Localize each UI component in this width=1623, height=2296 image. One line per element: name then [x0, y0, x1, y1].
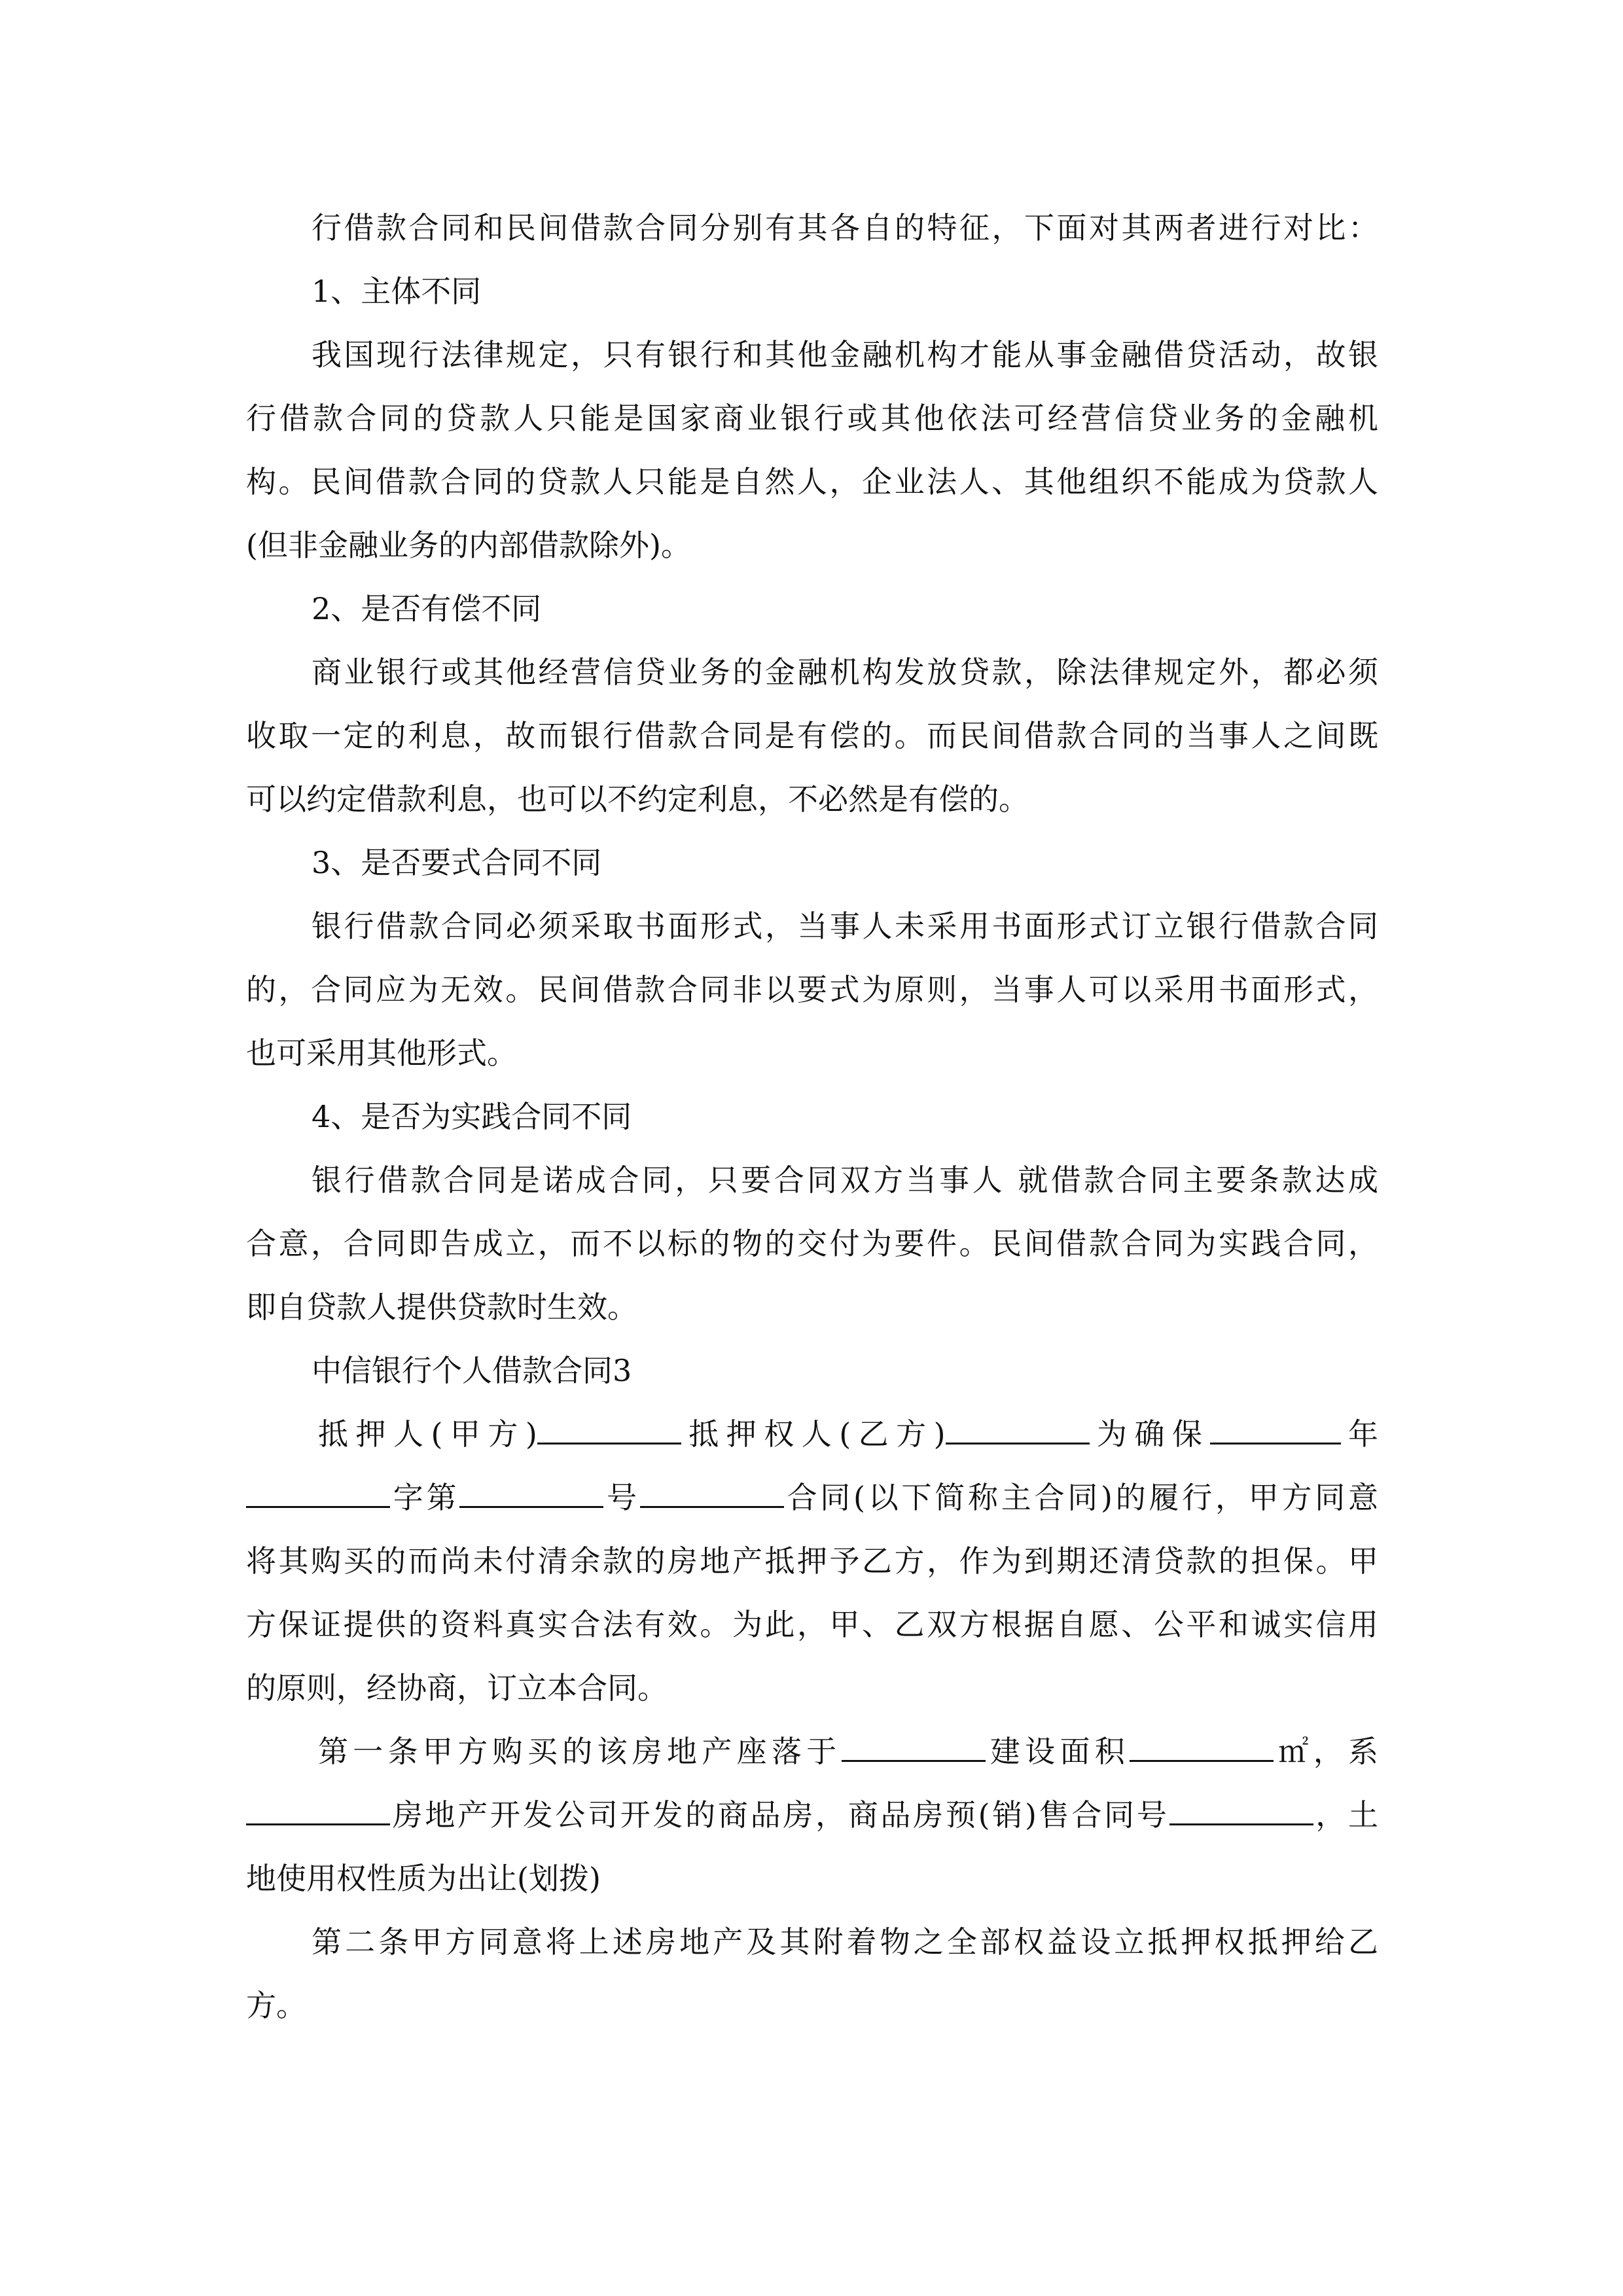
paragraph-line: 我国现行法律规定，只有银行和其他金融机构才能从事金融借贷活动，故银	[246, 323, 1378, 387]
year-blank[interactable]	[1210, 1416, 1341, 1444]
number-blank[interactable]	[459, 1480, 603, 1508]
document-page: 行借款合同和民间借款合同分别有其各自的特征，下面对其两者进行对比： 1、主体不同…	[246, 196, 1378, 2037]
mortgagee-label: 抵押权人(乙方)	[681, 1416, 946, 1452]
paragraph-line: 的原则，经协商，订立本合同。	[246, 1657, 1378, 1720]
paragraph-line: 银行借款合同是诺成合同，只要合同双方当事人 就借款合同主要条款达成	[246, 1149, 1378, 1212]
main-contract-label: 合同(以下简称主合同)的履行，甲方同意	[784, 1480, 1378, 1515]
hao-label: 号	[603, 1480, 640, 1515]
paragraph-line: 的，合同应为无效。民间借款合同非以要式为原则，当事人可以采用书面形式，	[246, 958, 1378, 1022]
paragraph-line: 将其购买的而尚未付清余款的房地产抵押予乙方，作为到期还清贷款的担保。甲	[246, 1530, 1378, 1593]
paragraph-line: 地使用权性质为出让(划拨)	[246, 1847, 1378, 1910]
paragraph-line: 银行借款合同必须采取书面形式，当事人未采用书面形式订立银行借款合同	[246, 895, 1378, 958]
paragraph-line: 行借款合同和民间借款合同分别有其各自的特征，下面对其两者进行对比：	[246, 196, 1378, 260]
mortgagor-blank[interactable]	[537, 1416, 681, 1444]
unit-label: ㎡，系	[1274, 1734, 1378, 1769]
area-blank[interactable]	[1130, 1734, 1274, 1762]
paragraph-line: 收取一定的利息，故而银行借款合同是有偿的。而民间借款合同的当事人之间既	[246, 704, 1378, 768]
article-1-line: 第一条甲方购买的该房地产座落于建设面积㎡，系	[246, 1720, 1378, 1784]
paragraph-line: 可以约定借款利息，也可以不约定利息，不必然是有偿的。	[246, 768, 1378, 831]
sale-contract-number-blank[interactable]	[1169, 1797, 1313, 1825]
contract-title: 中信银行个人借款合同3	[246, 1339, 1378, 1403]
section-heading: 2、是否有偿不同	[246, 577, 1378, 641]
paragraph-line: 商业银行或其他经营信贷业务的金融机构发放贷款，除法律规定外，都必须	[246, 641, 1378, 704]
section-heading: 3、是否要式合同不同	[246, 831, 1378, 895]
prefix-blank[interactable]	[246, 1480, 390, 1508]
mortgagor-label: 抵押人(甲方)	[318, 1416, 537, 1452]
paragraph-line: 也可采用其他形式。	[246, 1022, 1378, 1085]
paragraph-line: 方。	[246, 1974, 1378, 2037]
paragraph-line: 方保证提供的资料真实合法有效。为此，甲、乙双方根据自愿、公平和诚实信用	[246, 1593, 1378, 1657]
contract-name-blank[interactable]	[640, 1480, 784, 1508]
article-2-line: 第二条甲方同意将上述房地产及其附着物之全部权益设立抵押权抵押给乙	[246, 1910, 1378, 1974]
area-label: 建设面积	[986, 1734, 1130, 1769]
developer-blank[interactable]	[246, 1797, 390, 1825]
to-ensure-label: 为确保	[1090, 1416, 1210, 1452]
mortgage-parties-line: 抵押人(甲方)抵押权人(乙方)为确保年	[246, 1403, 1378, 1466]
paragraph-line: (但非金融业务的内部借款除外)。	[246, 514, 1378, 577]
zi-di-label: 字第	[390, 1480, 459, 1515]
article-1-line: 房地产开发公司开发的商品房，商品房预(销)售合同号，土	[246, 1784, 1378, 1847]
developer-label: 房地产开发公司开发的商品房，商品房预(销)售合同号	[390, 1797, 1169, 1833]
article-1-label: 第一条甲方购买的该房地产座落于	[318, 1734, 842, 1769]
paragraph-line: 合意，合同即告成立，而不以标的物的交付为要件。民间借款合同为实践合同，	[246, 1212, 1378, 1276]
main-contract-line: 字第号合同(以下简称主合同)的履行，甲方同意	[246, 1466, 1378, 1530]
paragraph-line: 即自贷款人提供贷款时生效。	[246, 1276, 1378, 1339]
land-label: ，土	[1313, 1797, 1378, 1833]
paragraph-line: 行借款合同的贷款人只能是国家商业银行或其他依法可经营信贷业务的金融机	[246, 387, 1378, 450]
mortgagee-blank[interactable]	[946, 1416, 1090, 1444]
year-label: 年	[1341, 1416, 1378, 1452]
location-blank[interactable]	[842, 1734, 986, 1762]
section-heading: 4、是否为实践合同不同	[246, 1085, 1378, 1149]
section-heading: 1、主体不同	[246, 260, 1378, 323]
paragraph-line: 构。民间借款合同的贷款人只能是自然人，企业法人、其他组织不能成为贷款人	[246, 450, 1378, 514]
